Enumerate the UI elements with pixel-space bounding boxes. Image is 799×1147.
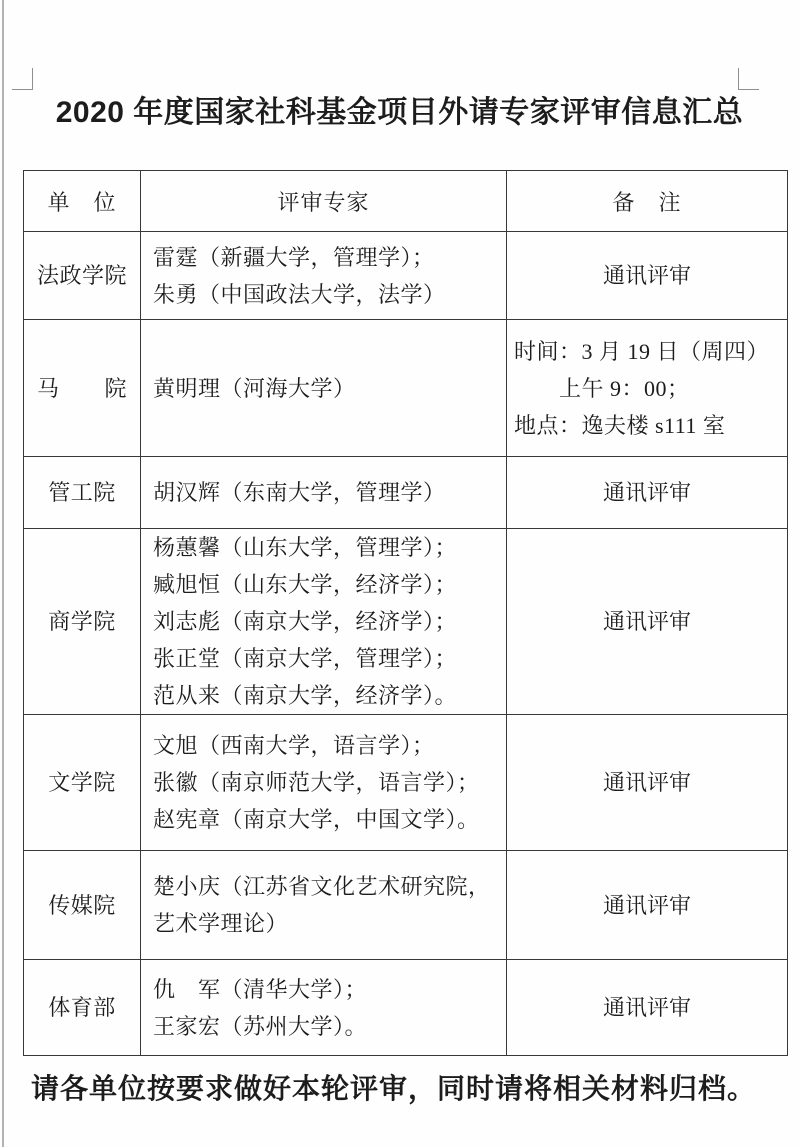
scan-edge-line [2, 0, 4, 1147]
unit-cell: 体育部 [24, 960, 141, 1056]
experts-cell: 楚小庆（江苏省文化艺术研究院， 艺术学理论） [141, 851, 507, 960]
unit-cell: 管工院 [24, 457, 141, 529]
experts-cell: 文旭（西南大学，语言学）； 张徽（南京师范大学，语言学）； 赵宪章（南京大学，中… [141, 715, 507, 851]
text-boundary-mark-top-left [12, 68, 33, 90]
text-boundary-mark-top-right [738, 68, 759, 90]
table-row: 商学院 杨蕙馨（山东大学，管理学）； 臧旭恒（山东大学，经济学）； 刘志彪（南京… [24, 529, 788, 715]
remark-cell: 通讯评审 [507, 529, 788, 715]
table-row: 传媒院 楚小庆（江苏省文化艺术研究院， 艺术学理论） 通讯评审 [24, 851, 788, 960]
table-row: 管工院 胡汉辉（东南大学，管理学） 通讯评审 [24, 457, 788, 529]
remark-cell: 通讯评审 [507, 960, 788, 1056]
experts-cell: 黄明理（河海大学） [141, 320, 507, 457]
table-header-row: 单 位 评审专家 备 注 [24, 171, 788, 232]
experts-cell: 雷霆（新疆大学，管理学）； 朱勇（中国政法大学，法学） [141, 232, 507, 320]
experts-cell: 仇 军（清华大学）； 王家宏（苏州大学）。 [141, 960, 507, 1056]
page-title: 2020 年度国家社科基金项目外请专家评审信息汇总 [0, 93, 799, 133]
review-table: 单 位 评审专家 备 注 法政学院 雷霆（新疆大学，管理学）； 朱勇（中国政法大… [23, 170, 788, 1056]
remark-cell: 通讯评审 [507, 457, 788, 529]
remark-cell: 通讯评审 [507, 851, 788, 960]
unit-cell: 法政学院 [24, 232, 141, 320]
header-experts: 评审专家 [141, 171, 507, 232]
unit-cell: 马 院 [24, 320, 141, 457]
footer-note: 请各单位按要求做好本轮评审，同时请将相关材料归档。 [31, 1069, 799, 1109]
table-row: 法政学院 雷霆（新疆大学，管理学）； 朱勇（中国政法大学，法学） 通讯评审 [24, 232, 788, 320]
header-remark: 备 注 [507, 171, 788, 232]
header-unit: 单 位 [24, 171, 141, 232]
experts-cell: 杨蕙馨（山东大学，管理学）； 臧旭恒（山东大学，经济学）； 刘志彪（南京大学，经… [141, 529, 507, 715]
table-row: 体育部 仇 军（清华大学）； 王家宏（苏州大学）。 通讯评审 [24, 960, 788, 1056]
remark-cell: 通讯评审 [507, 232, 788, 320]
remark-cell: 时间：3 月 19 日（周四） 上午 9：00； 地点：逸夫楼 s111 室 [507, 320, 788, 457]
unit-cell: 文学院 [24, 715, 141, 851]
table-row: 文学院 文旭（西南大学，语言学）； 张徽（南京师范大学，语言学）； 赵宪章（南京… [24, 715, 788, 851]
unit-cell: 商学院 [24, 529, 141, 715]
table-row: 马 院 黄明理（河海大学） 时间：3 月 19 日（周四） 上午 9：00； 地… [24, 320, 788, 457]
unit-cell: 传媒院 [24, 851, 141, 960]
experts-cell: 胡汉辉（东南大学，管理学） [141, 457, 507, 529]
remark-cell: 通讯评审 [507, 715, 788, 851]
